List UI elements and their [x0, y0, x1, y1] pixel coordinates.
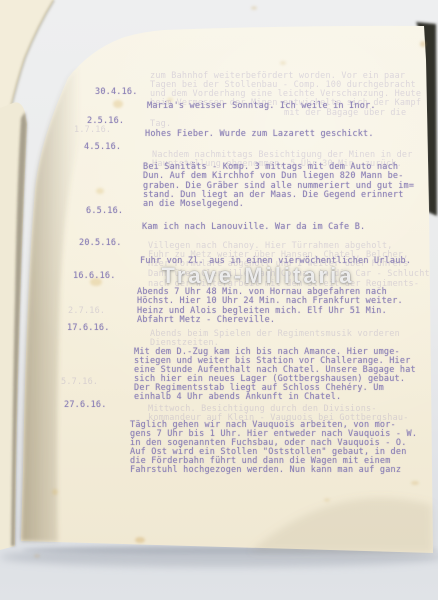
- previous-page-corner: [0, 0, 54, 116]
- entry-text-line: einhalb 4 Uhr abends Ankunft in Chatel.: [134, 393, 341, 402]
- entry-date: 17.6.16.: [67, 324, 110, 333]
- entry-text-line: Maria's weisser Sonntag. Ich weile in In…: [147, 102, 376, 111]
- entry-date: 4.5.16.: [84, 143, 121, 152]
- entry-text-line: Höchst. Hier 10 Uhr 24 Min. nach Frankfu…: [137, 297, 403, 306]
- watermark-text: Trave-Militaria: [136, 263, 380, 289]
- photo-of-open-diary: zum Bahnhof weiterbefördert worden. Vor …: [0, 0, 438, 600]
- entry-text-line: Hohes Fieber. Wurde zum Lazarett geschic…: [145, 130, 374, 139]
- entry-date: 27.6.16.: [64, 401, 107, 410]
- entry-date: 20.5.16.: [79, 239, 122, 248]
- entry-text-line: an die Moselgegend.: [143, 200, 244, 209]
- entry-date: 16.6.16.: [73, 272, 116, 281]
- faint-entry-date: 1.7.16.: [74, 126, 111, 135]
- entry-text-line: Fahrstuhl hochgezogen werden. Nun kann m…: [130, 466, 401, 475]
- entry-text-line: Abfahrt Metz - Chereville.: [137, 316, 275, 325]
- entry-text-line: Kam ich nach Lanouville. War da im Cafe …: [142, 223, 365, 232]
- faint-text-line: Tag.: [150, 120, 171, 129]
- faint-entry-date: 2.7.16.: [68, 307, 105, 316]
- entry-date: 2.5.16.: [87, 117, 124, 126]
- entry-text-line: Dun. Auf dem Kirchhof von Dun liegen 820…: [143, 172, 404, 181]
- faint-entry-date: 5.7.16.: [61, 378, 98, 387]
- entry-date: 30.4.16.: [95, 88, 138, 97]
- entry-date: 6.5.16.: [86, 207, 123, 216]
